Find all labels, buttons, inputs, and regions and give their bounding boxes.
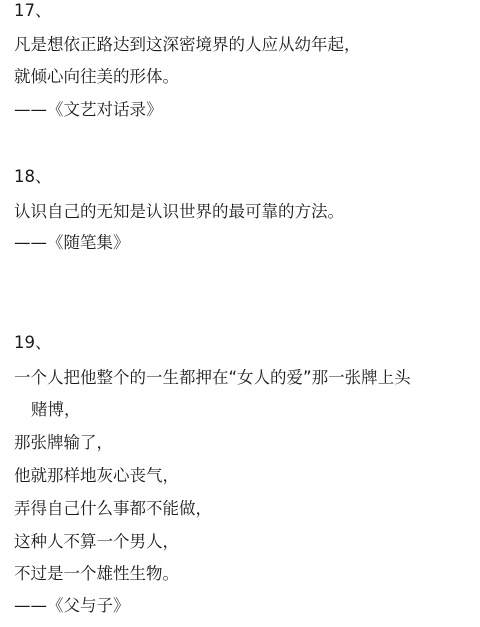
quote-text-line: 认识自己的无知是认识世界的最可靠的方法。 — [14, 201, 344, 223]
quote-text-line: 弄得自己什么事都不能做， — [14, 498, 212, 520]
quote-number: 19、 — [14, 332, 52, 354]
quote-source: ——《文艺对话录》 — [14, 99, 163, 121]
quote-source: ——《父与子》 — [14, 595, 130, 617]
quote-text-line: 这种人不算一个男人， — [14, 531, 179, 553]
quote-source: ——《随笔集》 — [14, 232, 130, 254]
quote-number: 18、 — [14, 166, 52, 188]
quote-text-line: 一个人把他整个的一生都押在“女人的爱”那一张牌上头 — [14, 367, 411, 389]
quote-text-line: 那张牌输了， — [14, 432, 113, 454]
quote-text-line: 赌博， — [31, 399, 81, 421]
quote-text-line: 他就那样地灰心丧气， — [14, 465, 179, 487]
quote-text-line: 不过是一个雄性生物。 — [14, 563, 179, 585]
quote-text-line: 凡是想依正路达到这深密境界的人应从幼年起， — [14, 34, 361, 56]
quote-text-line: 就倾心向往美的形体。 — [14, 66, 179, 88]
quote-number: 17、 — [14, 0, 52, 22]
